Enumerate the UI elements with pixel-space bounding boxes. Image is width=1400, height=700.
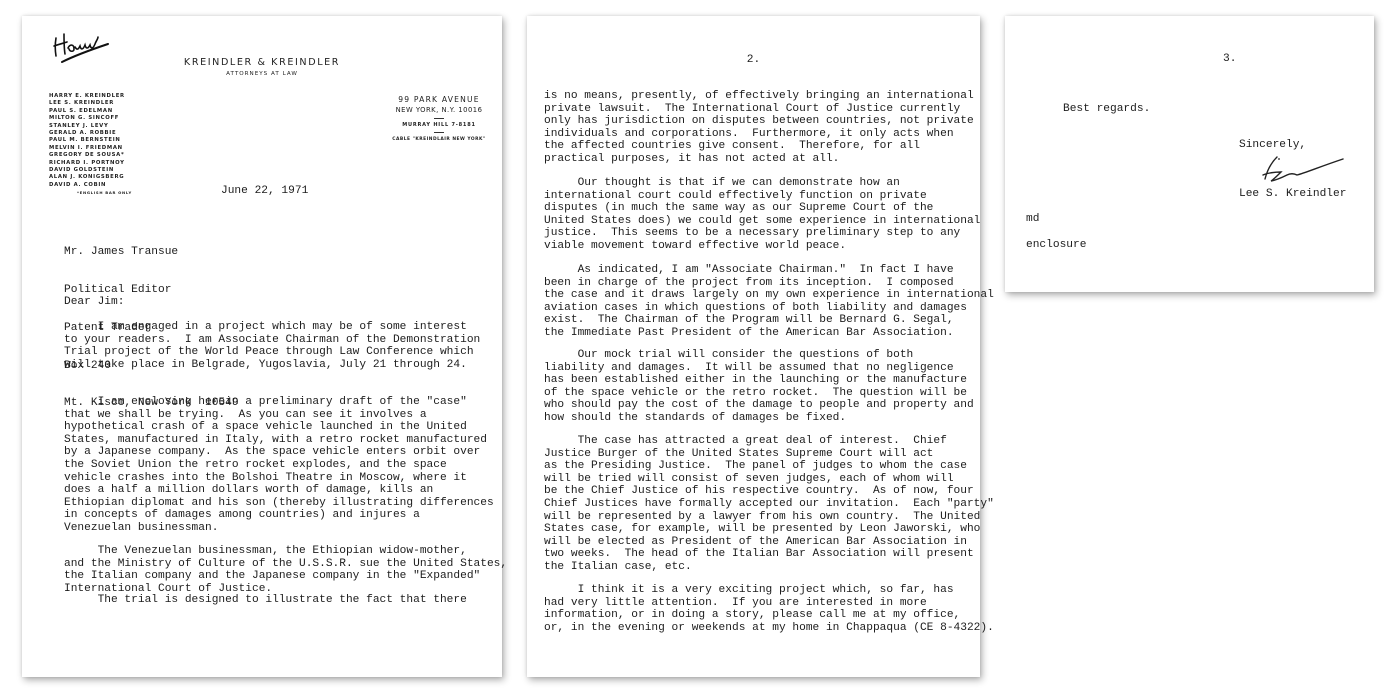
- paragraph-line: the Immediate Past President of the Amer…: [544, 327, 994, 340]
- paragraph-line: had very little attention. If you are in…: [544, 597, 994, 610]
- paragraph-line: The Venezuelan businessman, the Ethiopia…: [64, 545, 507, 558]
- paragraph-line: by a Japanese company. As the space vehi…: [64, 446, 494, 459]
- firm-address-block: 99 PARK AVENUE NEW YORK, N.Y. 10016 MURR…: [382, 94, 496, 143]
- partner-name: DAVID GOLDSTEIN: [49, 167, 132, 174]
- paragraph-line: or, in the evening or weekends at my hom…: [544, 622, 994, 635]
- partner-name: HARRY E. KREINDLER: [49, 93, 132, 100]
- paragraph-line: been in charge of the project from its i…: [544, 277, 994, 290]
- paragraph-line: States case, for example, will be presen…: [544, 523, 994, 536]
- street-address: 99 PARK AVENUE: [382, 94, 496, 105]
- partner-name: RICHARD I. PORTNOY: [49, 160, 132, 167]
- city-address: NEW YORK, N.Y. 10016: [382, 105, 496, 115]
- paragraph-line: two weeks. The head of the Italian Bar A…: [544, 548, 994, 561]
- salutation: Dear Jim:: [64, 296, 124, 309]
- paragraph-line: be the Chief Justice of his respective c…: [544, 485, 994, 498]
- partner-name: PAUL M. BERNSTEIN: [49, 137, 132, 144]
- paragraph-line: the Italian case, etc.: [544, 561, 994, 574]
- paragraph-line: and the Ministry of Culture of the U.S.S…: [64, 558, 507, 571]
- firm-subtitle: ATTORNEYS AT LAW: [22, 71, 502, 77]
- closing-line: Best regards.: [1063, 103, 1150, 116]
- paragraph-line: I think it is a very exciting project wh…: [544, 584, 994, 597]
- letter-page-1: KREINDLER & KREINDLER ATTORNEYS AT LAW H…: [22, 16, 502, 677]
- paragraph-line: liability and damages. It will be assume…: [544, 362, 974, 375]
- partner-name: DAVID A. COBIN: [49, 182, 132, 189]
- partner-name: ALAN J. KONIGSBERG: [49, 174, 132, 181]
- paragraph-line: As indicated, I am "Associate Chairman."…: [544, 264, 994, 277]
- paragraph-line: The trial is designed to illustrate the …: [64, 594, 467, 607]
- paragraph-line: disputes (in much the same way as our Su…: [544, 202, 980, 215]
- paragraph-line: private lawsuit. The International Court…: [544, 103, 974, 116]
- paragraph-line: hypothetical crash of a space vehicle la…: [64, 421, 494, 434]
- paragraph-line: The case has attracted a great deal of i…: [544, 435, 994, 448]
- partner-footnote: *ENGLISH BAR ONLY: [49, 189, 132, 196]
- paragraph-line: viable movement toward effective world p…: [544, 240, 980, 253]
- partner-name: GERALD A. ROBBIE: [49, 130, 132, 137]
- paragraph-line: Our thought is that if we can demonstrat…: [544, 177, 980, 190]
- partner-name: STANLEY J. LEVY: [49, 123, 132, 130]
- signature-scrawl: [1257, 153, 1347, 187]
- paragraph-line: is no means, presently, of effectively b…: [544, 90, 974, 103]
- paragraph-line: will be elected as President of the Amer…: [544, 536, 994, 549]
- paragraph-line: information, or in doing a story, please…: [544, 609, 994, 622]
- body-paragraph: I think it is a very exciting project wh…: [544, 584, 994, 634]
- paragraph-line: justice. This seems to be a necessary pr…: [544, 227, 980, 240]
- partner-name: MELVIN I. FRIEDMAN: [49, 145, 132, 152]
- page-number: 3.: [1223, 53, 1236, 66]
- paragraph-line: Ethiopian diplomat and his son (thereby …: [64, 497, 494, 510]
- partner-name: PAUL S. EDELMAN: [49, 108, 132, 115]
- paragraph-line: the Italian company and the Japanese com…: [64, 570, 507, 583]
- paragraph-line: I am engaged in a project which may be o…: [64, 321, 480, 334]
- partner-name: MILTON G. SINCOFF: [49, 115, 132, 122]
- paragraph-line: the case and it draws largely on my own …: [544, 289, 994, 302]
- body-paragraph: Our thought is that if we can demonstrat…: [544, 177, 980, 253]
- letter-page-2: 2. is no means, presently, of effectivel…: [527, 16, 980, 677]
- paragraph-line: as the Presiding Justice. The panel of j…: [544, 460, 994, 473]
- complimentary-close: Sincerely,: [1239, 139, 1306, 152]
- paragraph-line: international court could effectively fu…: [544, 190, 980, 203]
- partner-list: HARRY E. KREINDLER LEE S. KREINDLER PAUL…: [49, 93, 132, 197]
- paragraph-line: vehicle crashes into the Bolshoi Theatre…: [64, 472, 494, 485]
- body-paragraph: As indicated, I am "Associate Chairman."…: [544, 264, 994, 340]
- divider: [434, 132, 444, 133]
- paragraph-line: in concepts of damages among countries) …: [64, 509, 494, 522]
- page-number: 2.: [527, 54, 980, 67]
- firm-name: KREINDLER & KREINDLER: [22, 57, 502, 68]
- body-paragraph: I am engaged in a project which may be o…: [64, 321, 480, 371]
- paragraph-line: Justice Burger of the United States Supr…: [544, 448, 994, 461]
- paragraph-line: will be tried will consist of seven judg…: [544, 473, 994, 486]
- paragraph-line: I am enclosing herein a preliminary draf…: [64, 396, 494, 409]
- paragraph-line: Trial project of the World Peace through…: [64, 346, 480, 359]
- paragraph-line: Chief Justices have formally accepted ou…: [544, 498, 994, 511]
- paragraph-line: the affected countries give consent. The…: [544, 140, 974, 153]
- letter-page-3: 3. Best regards. Sincerely, Lee S. Krein…: [1005, 16, 1374, 292]
- partner-name: GREGORY DE SOUSA*: [49, 152, 132, 159]
- body-paragraph: Our mock trial will consider the questio…: [544, 349, 974, 425]
- cable-address: CABLE "KREINDLAIR NEW YORK": [382, 136, 496, 143]
- typist-initials: md: [1026, 213, 1039, 226]
- paragraph-line: exist. The Chairman of the Program will …: [544, 314, 994, 327]
- paragraph-line: Our mock trial will consider the questio…: [544, 349, 974, 362]
- paragraph-line: States, manufactured in Italy, with a re…: [64, 434, 494, 447]
- body-paragraph: The Venezuelan businessman, the Ethiopia…: [64, 545, 507, 595]
- signer-name: Lee S. Kreindler: [1239, 188, 1346, 201]
- body-paragraph: is no means, presently, of effectively b…: [544, 90, 974, 166]
- paragraph-line: who should pay the cost of the damage to…: [544, 399, 974, 412]
- paragraph-line: has been established either in the launc…: [544, 374, 974, 387]
- partner-name: LEE S. KREINDLER: [49, 100, 132, 107]
- body-paragraph: The case has attracted a great deal of i…: [544, 435, 994, 574]
- recipient-line: Mr. James Transue: [64, 246, 239, 259]
- paragraph-line: the Soviet Union the retro rocket explod…: [64, 459, 494, 472]
- paragraph-line: how should the standards of damages be f…: [544, 412, 974, 425]
- paragraph-line: practical purposes, it has not acted at …: [544, 153, 974, 166]
- divider: [434, 118, 444, 119]
- paragraph-line: aviation cases in which questions of bot…: [544, 302, 994, 315]
- paragraph-line: only has jurisdiction on disputes betwee…: [544, 115, 974, 128]
- phone-number: MURRAY HILL 7-8181: [382, 122, 496, 129]
- body-paragraph: The trial is designed to illustrate the …: [64, 594, 467, 607]
- recipient-line: Political Editor: [64, 284, 239, 297]
- paragraph-line: United States does) we could get some ex…: [544, 215, 980, 228]
- paragraph-line: will take place in Belgrade, Yugoslavia,…: [64, 359, 480, 372]
- paragraph-line: individuals and corporations. Furthermor…: [544, 128, 974, 141]
- paragraph-line: Venezuelan businessman.: [64, 522, 494, 535]
- letter-date: June 22, 1971: [221, 185, 308, 198]
- paragraph-line: to your readers. I am Associate Chairman…: [64, 334, 480, 347]
- enclosure-note: enclosure: [1026, 239, 1086, 252]
- paragraph-line: does a half a million dollars worth of d…: [64, 484, 494, 497]
- paragraph-line: of the space vehicle or the retro rocket…: [544, 387, 974, 400]
- paragraph-line: that we shall be trying. As you can see …: [64, 409, 494, 422]
- body-paragraph: I am enclosing herein a preliminary draf…: [64, 396, 494, 535]
- paragraph-line: will be represented by a lawyer from his…: [544, 511, 994, 524]
